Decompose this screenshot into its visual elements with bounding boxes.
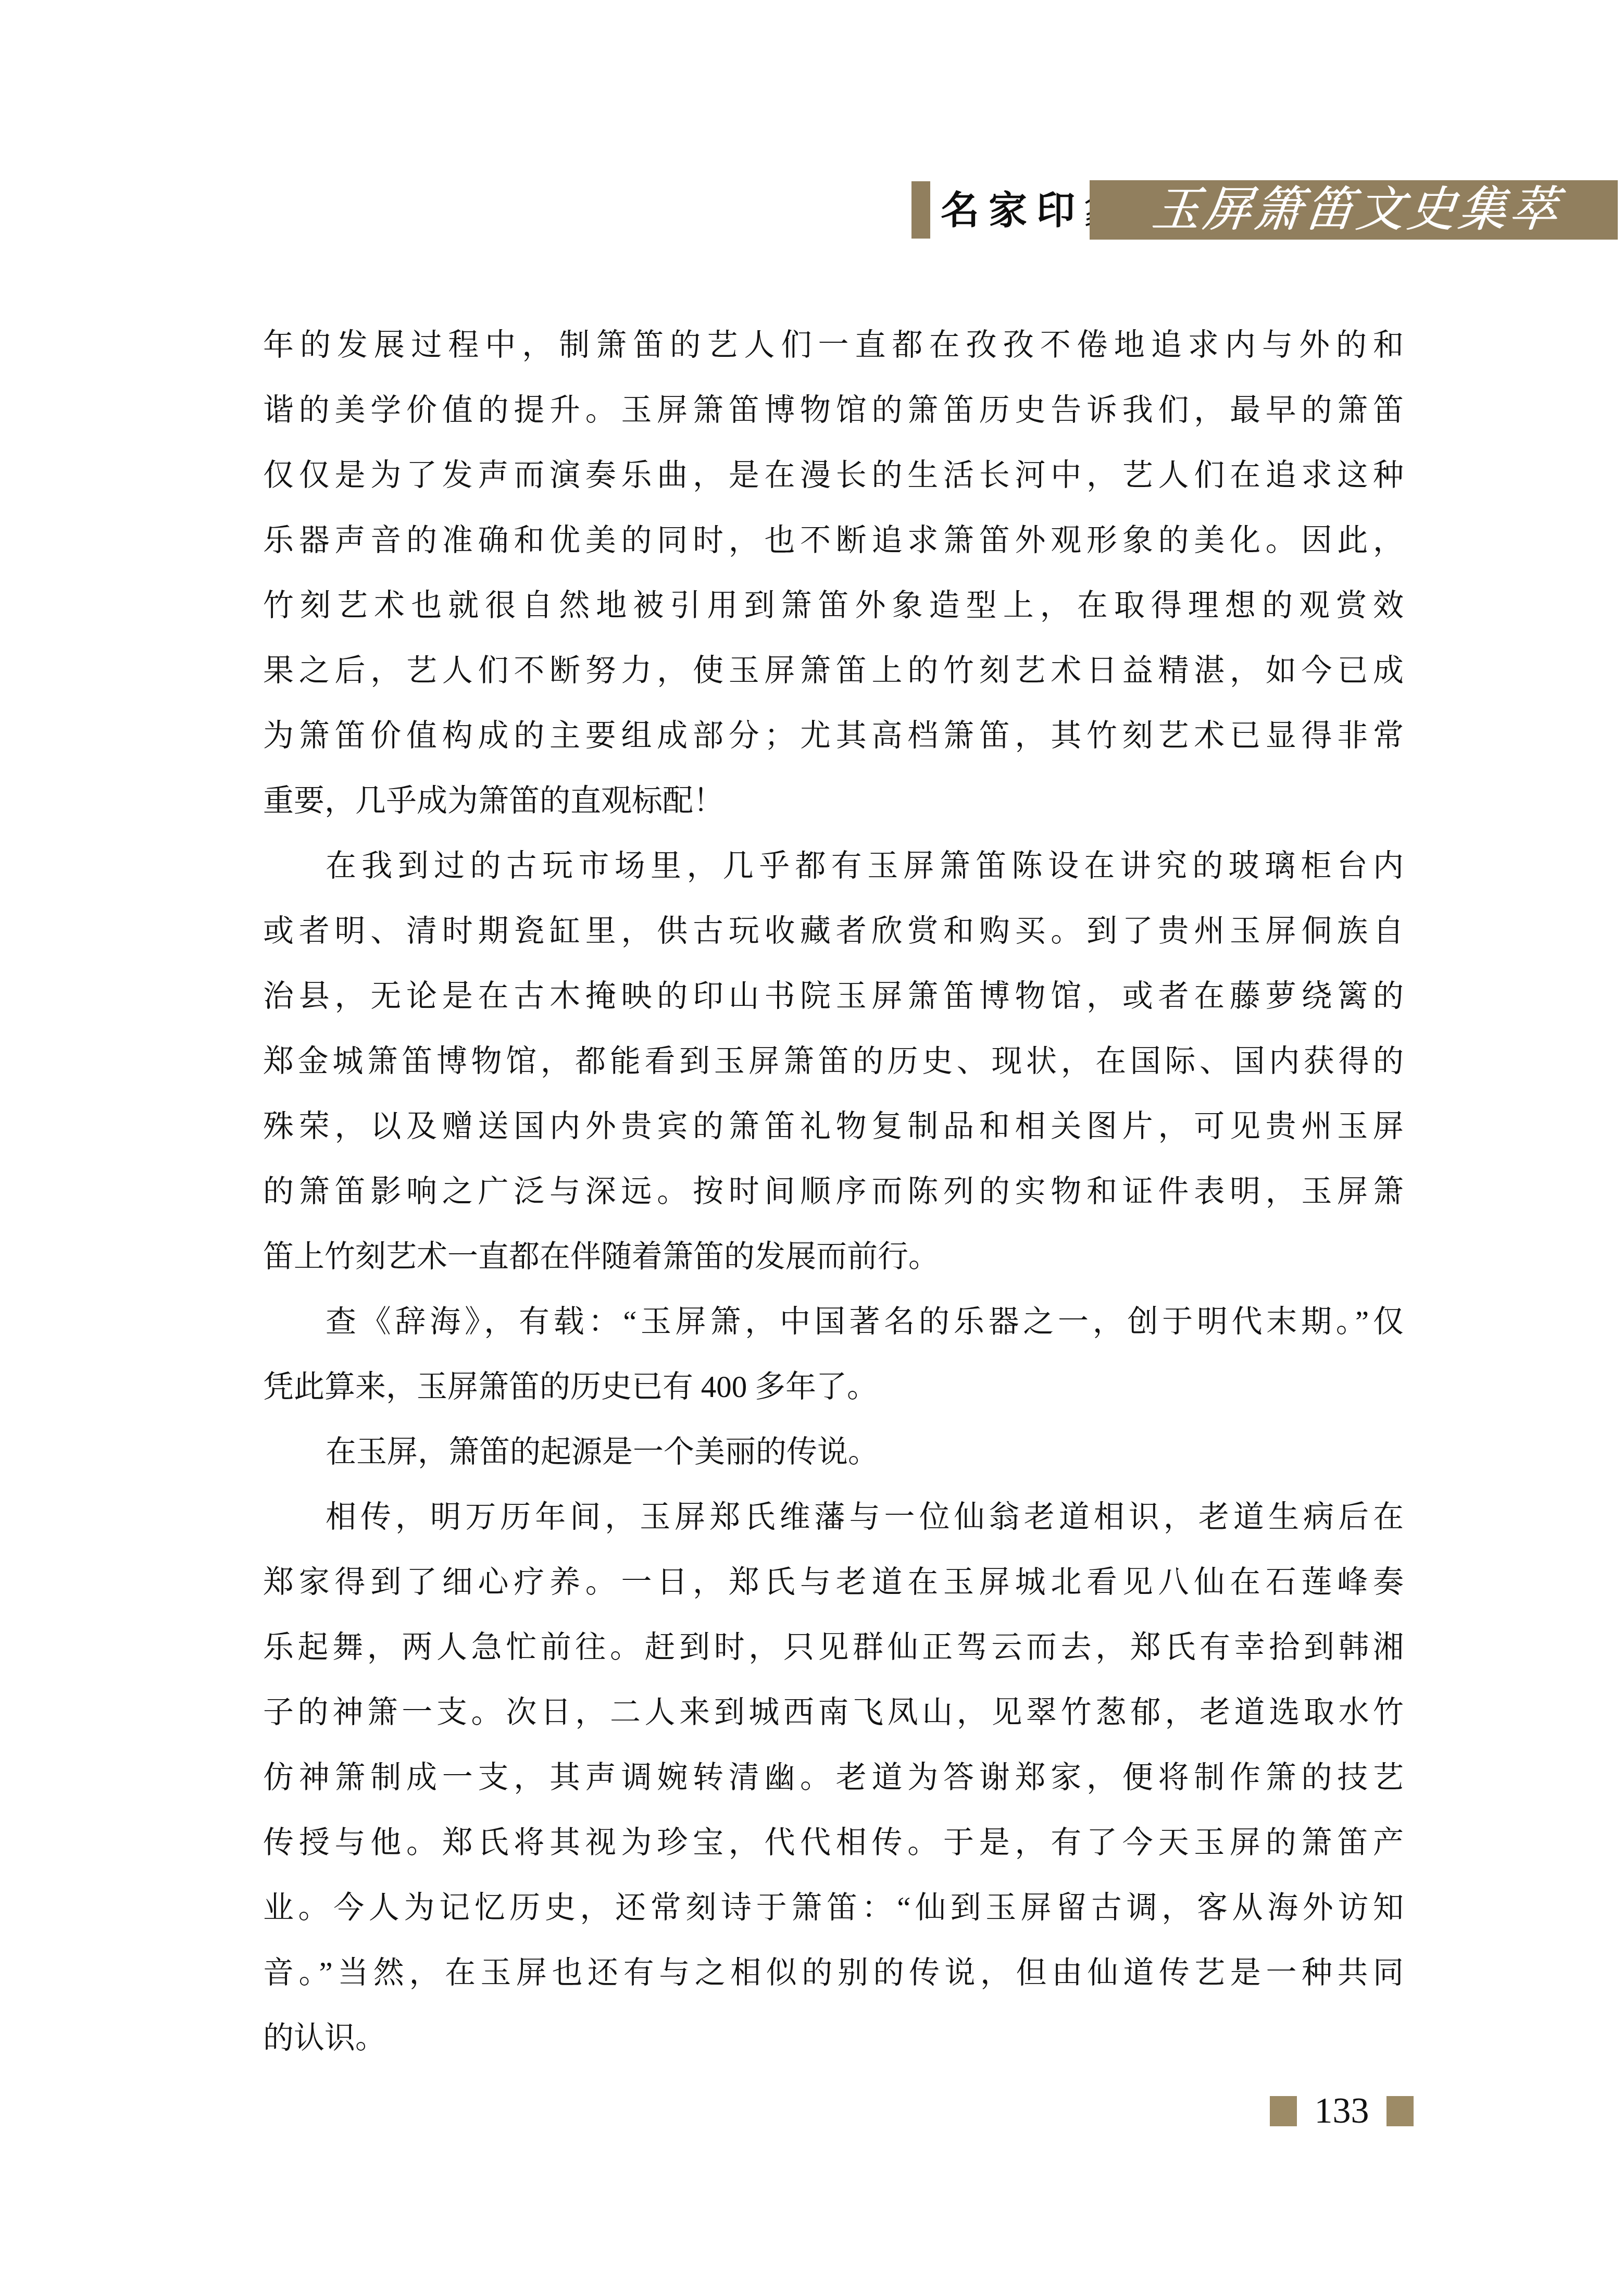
text-line: 为箫笛价值构成的主要组成部分；尤其高档箫笛，其竹刻艺术已显得非常: [263, 703, 1404, 768]
text-line: 乐起舞，两人急忙前往。赶到时，只见群仙正驾云而去，郑氏有幸拾到韩湘: [263, 1615, 1404, 1680]
text-line: 查《辞海》，有载：“玉屏箫，中国著名的乐器之一，创于明代末期。”仅: [263, 1289, 1404, 1354]
text-line: 子的神箫一支。次日，二人来到城西南飞凤山，见翠竹葱郁，老道选取水竹: [263, 1680, 1404, 1745]
page-number-right-square: [1386, 2096, 1414, 2126]
text-line: 年的发展过程中，制箫笛的艺人们一直都在孜孜不倦地追求内与外的和: [263, 313, 1404, 378]
text-line: 或者明、清时期瓷缸里，供古玩收藏者欣赏和购买。到了贵州玉屏侗族自: [263, 899, 1404, 964]
header-banner: 玉屏箫笛文史集萃: [1090, 180, 1618, 240]
text-line: 的箫笛影响之广泛与深远。按时间顺序而陈列的实物和证件表明，玉屏箫: [263, 1159, 1404, 1224]
text-line: 业。今人为记忆历史，还常刻诗于箫笛：“仙到玉屏留古调，客从海外访知: [263, 1875, 1404, 1940]
text-line: 笛上竹刻艺术一直都在伴随着箫笛的发展而前行。: [263, 1224, 1404, 1289]
text-line: 仅仅是为了发声而演奏乐曲，是在漫长的生活长河中，艺人们在追求这种: [263, 443, 1404, 508]
text-line: 治县，无论是在古木掩映的印山书院玉屏箫笛博物馆，或者在藤萝绕篱的: [263, 964, 1404, 1029]
page-number: 133: [1297, 2095, 1386, 2127]
text-line: 仿神箫制成一支，其声调婉转清幽。老道为答谢郑家，便将制作箫的技艺: [263, 1745, 1404, 1810]
text-line: 音。”当然，在玉屏也还有与之相似的别的传说，但由仙道传艺是一种共同: [263, 1940, 1404, 2005]
text-line: 的认识。: [263, 2005, 1404, 2071]
text-line: 郑家得到了细心疗养。一日，郑氏与老道在玉屏城北看见八仙在石莲峰奏: [263, 1550, 1404, 1615]
text-line: 乐器声音的准确和优美的同时，也不断追求箫笛外观形象的美化。因此，: [263, 508, 1404, 573]
text-line: 凭此算来，玉屏箫笛的历史已有 400 多年了。: [263, 1354, 1404, 1419]
text-line: 郑金城箫笛博物馆，都能看到玉屏箫笛的历史、现状，在国际、国内获得的: [263, 1029, 1404, 1094]
text-line: 在我到过的古玩市场里，几乎都有玉屏箫笛陈设在讲究的玻璃柜台内: [263, 833, 1404, 899]
text-line: 传授与他。郑氏将其视为珍宝，代代相传。于是，有了今天玉屏的箫笛产: [263, 1810, 1404, 1875]
text-line: 在玉屏，箫笛的起源是一个美丽的传说。: [263, 1419, 1404, 1485]
page-footer: 133: [1270, 2095, 1414, 2127]
text-line: 果之后，艺人们不断努力，使玉屏箫笛上的竹刻艺术日益精湛，如今已成: [263, 638, 1404, 703]
body-text: 年的发展过程中，制箫笛的艺人们一直都在孜孜不倦地追求内与外的和 谐的美学价值的提…: [263, 313, 1404, 2071]
text-line: 相传，明万历年间，玉屏郑氏维藩与一位仙翁老道相识，老道生病后在: [263, 1485, 1404, 1550]
text-line: 谐的美学价值的提升。玉屏箫笛博物馆的箫笛历史告诉我们，最早的箫笛: [263, 378, 1404, 443]
header-accent-bar: [911, 181, 930, 239]
page-number-left-square: [1270, 2096, 1297, 2126]
book-page: 名家印象 玉屏箫笛文史集萃 年的发展过程中，制箫笛的艺人们一直都在孜孜不倦地追求…: [0, 0, 1624, 2269]
text-line: 竹刻艺术也就很自然地被引用到箫笛外象造型上，在取得理想的观赏效: [263, 573, 1404, 638]
banner-calligraphy-title: 玉屏箫笛文史集萃: [1148, 173, 1565, 246]
text-line: 重要，几乎成为箫笛的直观标配！: [263, 768, 1404, 833]
text-line: 殊荣，以及赠送国内外贵宾的箫笛礼物复制品和相关图片，可见贵州玉屏: [263, 1094, 1404, 1159]
